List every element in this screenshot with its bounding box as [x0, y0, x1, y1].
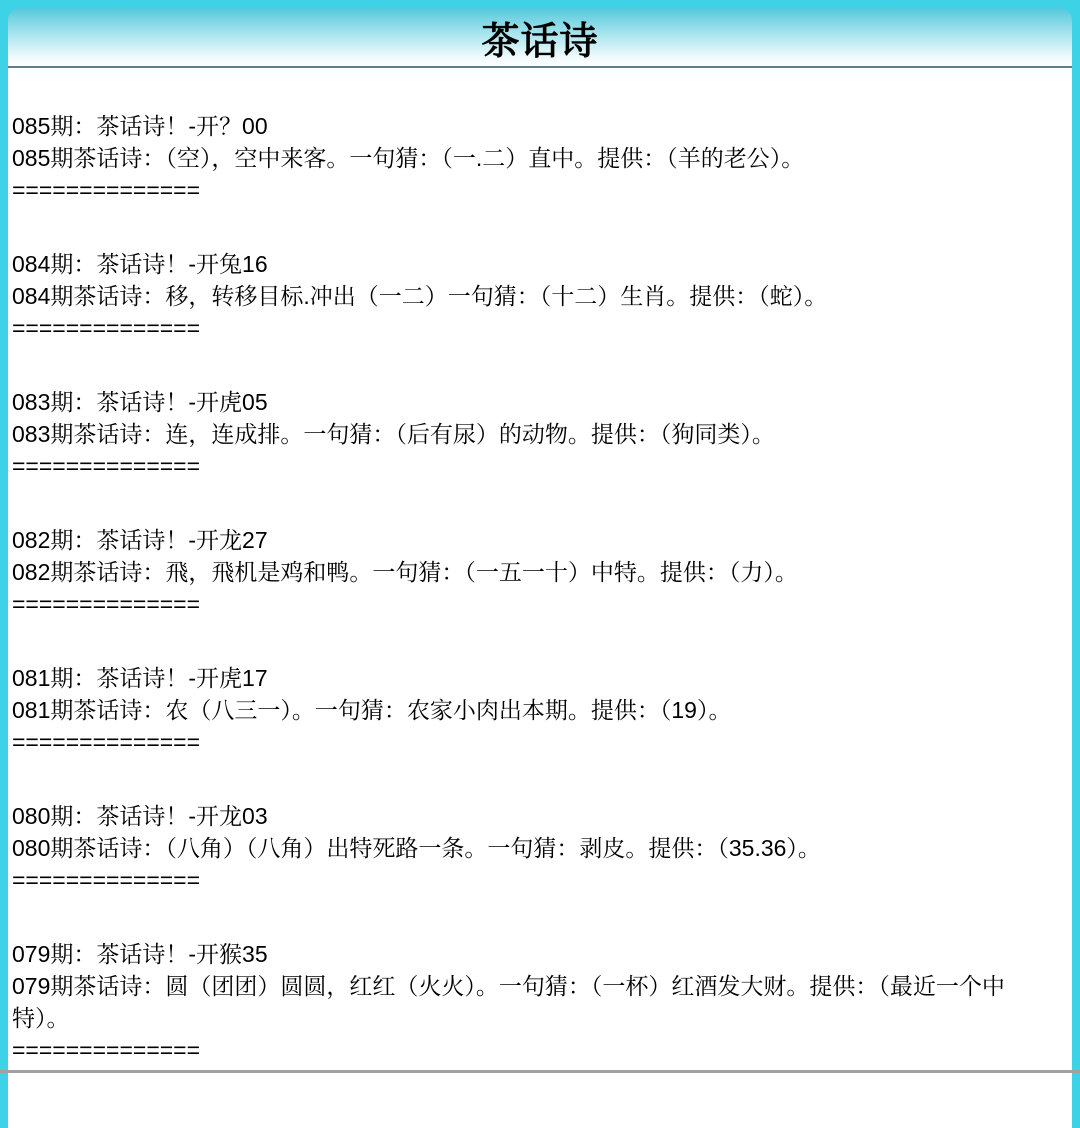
entry-title: 083期：茶话诗！-开虎05 [12, 386, 1048, 418]
entry-title: 081期：茶话诗！-开虎17 [12, 662, 1048, 694]
entry-poem: 080期茶话诗：（八角）（八角）出特死路一条。一句猜：剥皮。提供：（35.36）… [12, 832, 1048, 864]
entry: 081期：茶话诗！-开虎17 081期茶话诗：农（八三一）。一句猜：农家小肉出本… [12, 662, 1048, 758]
entry-poem: 081期茶话诗：农（八三一）。一句猜：农家小肉出本期。提供：（19）。 [12, 694, 1048, 726]
page-title: 茶话诗 [481, 10, 598, 65]
entry-title: 080期：茶话诗！-开龙03 [12, 800, 1048, 832]
entry-title: 084期：茶话诗！-开兔16 [12, 248, 1048, 280]
entry: 084期：茶话诗！-开兔16 084期茶话诗：移，转移目标.冲出（一二）一句猜：… [12, 248, 1048, 344]
entry-title: 079期：茶话诗！-开猴35 [12, 938, 1048, 970]
entry-poem: 083期茶话诗：连，连成排。一句猜：（后有尿）的动物。提供：（狗同类）。 [12, 418, 1048, 450]
page-header: 茶话诗 [8, 8, 1072, 68]
entry-poem: 082期茶话诗：飛，飛机是鸡和鸭。一句猜：（一五一十）中特。提供：（力）。 [12, 556, 1048, 588]
page: 茶话诗 085期：茶话诗！-开？00 085期茶话诗：（空），空中来客。一句猜：… [8, 0, 1072, 1128]
entry-separator: ============== [12, 726, 1048, 758]
entry-list: 085期：茶话诗！-开？00 085期茶话诗：（空），空中来客。一句猜：（一.二… [8, 68, 1072, 1128]
entry-separator: ============== [12, 1034, 1048, 1066]
entry-title: 085期：茶话诗！-开？00 [12, 110, 1048, 142]
entry: 079期：茶话诗！-开猴35 079期茶话诗：圆（团团）圆圆，红红（火火）。一句… [12, 938, 1048, 1066]
entry: 080期：茶话诗！-开龙03 080期茶话诗：（八角）（八角）出特死路一条。一句… [12, 800, 1048, 896]
entry-poem: 079期茶话诗：圆（团团）圆圆，红红（火火）。一句猜：（一杯）红酒发大财。提供：… [12, 970, 1048, 1034]
entry: 082期：茶话诗！-开龙27 082期茶话诗：飛，飛机是鸡和鸭。一句猜：（一五一… [12, 524, 1048, 620]
entry: 085期：茶话诗！-开？00 085期茶话诗：（空），空中来客。一句猜：（一.二… [12, 110, 1048, 206]
entry-title: 082期：茶话诗！-开龙27 [12, 524, 1048, 556]
entry-separator: ============== [12, 864, 1048, 896]
entry-poem: 084期茶话诗：移，转移目标.冲出（一二）一句猜：（十二）生肖。提供：（蛇）。 [12, 280, 1048, 312]
entry-separator: ============== [12, 450, 1048, 482]
entry-separator: ============== [12, 174, 1048, 206]
entry-separator: ============== [12, 588, 1048, 620]
entry-separator: ============== [12, 312, 1048, 344]
entry: 083期：茶话诗！-开虎05 083期茶话诗：连，连成排。一句猜：（后有尿）的动… [12, 386, 1048, 482]
entry-poem: 085期茶话诗：（空），空中来客。一句猜：（一.二）直中。提供：（羊的老公）。 [12, 142, 1048, 174]
